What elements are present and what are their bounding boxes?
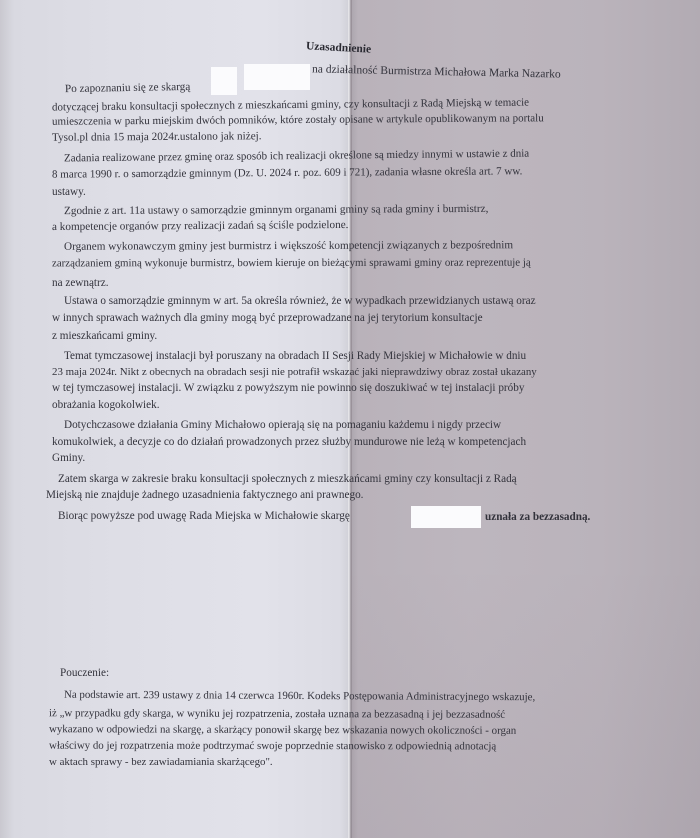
document: Uzasadnienie na działalność Burmistrza M…	[0, 0, 700, 838]
decision-text: uznała za bezzasadną.	[485, 511, 590, 524]
text-line: 8 marca 1990 r. o samorządzie gminnym (D…	[52, 165, 522, 181]
text-line: Zgodnie z art. 11a ustawy o samorządzie …	[64, 203, 488, 218]
text-line: na zewnątrz.	[52, 277, 109, 290]
text-line: właściwy do jej rozpatrzenia może podtrz…	[49, 740, 496, 754]
text-line: w innych sprawach ważnych dla gminy mogą…	[52, 312, 483, 325]
text-line: wykazano w odpowiedzi na skargę, a skarż…	[49, 723, 516, 738]
text-line: Zatem skarga w zakresie braku konsultacj…	[58, 473, 517, 486]
text-line: 23 maja 2024r. Nikt z obecnych na obrada…	[52, 366, 537, 379]
text-line: Po zapoznaniu się ze skargą	[65, 81, 191, 96]
text-line: Temat tymczasowej instalacji był porusza…	[64, 350, 526, 363]
text-line: na działalność Burmistrza Michałowa Mark…	[312, 63, 561, 81]
text-line: Na podstawie art. 239 ustawy z dnia 14 c…	[64, 689, 535, 704]
text-line: obrażania kogokolwiek.	[52, 399, 160, 412]
text-line: Biorąc powyższe pod uwagę Rada Miejska w…	[58, 510, 350, 523]
text-line: komukolwiek, a decyzje co do działań pro…	[52, 436, 526, 449]
text-line: Gminy.	[52, 452, 85, 465]
text-line: dotyczącej braku konsultacji społecznych…	[52, 97, 529, 115]
text-line: Dotychczasowe działania Gminy Michałowo …	[64, 419, 501, 432]
text-line: zarządzaniem gminą wykonuje burmistrz, b…	[52, 257, 531, 271]
text-line: Ustawa o samorządzie gminnym w art. 5a o…	[64, 295, 536, 308]
text-line: w aktach sprawy - bez zawiadamiania skar…	[49, 756, 273, 769]
text-line: Tysol.pl dnia 15 maja 2024r.ustalono jak…	[52, 130, 262, 144]
text-line: Zadania realizowane przez gminę oraz spo…	[64, 148, 529, 166]
redaction-box	[211, 67, 237, 95]
instruction-heading: Pouczenie:	[60, 667, 109, 680]
text-line: ustawy.	[52, 186, 86, 199]
redaction-box	[244, 64, 310, 90]
text-line: Organem wykonawczym gminy jest burmistrz…	[64, 239, 513, 254]
text-line: w tej tymczasowej instalacji. W związku …	[52, 382, 524, 395]
text-line: z mieszkańcami gminy.	[52, 330, 157, 343]
text-line: a kompetencje organów przy realizacji za…	[52, 219, 349, 234]
redaction-box	[411, 506, 481, 528]
text-line: iż „w przypadku gdy skarga, w wyniku jej…	[49, 707, 505, 722]
text-line: Miejską nie znajduje żadnego uzasadnieni…	[46, 489, 363, 502]
text-line: umieszczenia w parku miejskim dwóch pomn…	[52, 112, 544, 128]
document-title: Uzasadnienie	[306, 40, 372, 55]
